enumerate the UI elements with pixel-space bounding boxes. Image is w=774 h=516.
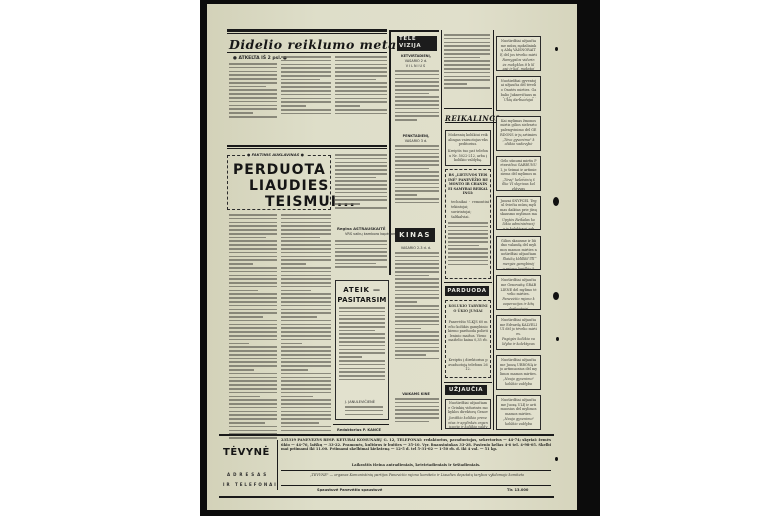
text-line <box>229 248 277 250</box>
footer-top-rule <box>219 434 554 436</box>
text-line <box>229 82 277 84</box>
condolence-box: Nuoširdžiai užjaučiame Edvardą KALVELIUI… <box>496 315 541 350</box>
condolence-text: Juozai SNYPCEI. Tegul šviečia mūsų mylim… <box>500 199 537 218</box>
text-line <box>395 282 439 284</box>
text-line <box>229 237 266 239</box>
ateik-title-line-1: ATEIK — <box>335 286 389 294</box>
text-line <box>281 430 331 432</box>
reikalingi-rule <box>444 108 492 109</box>
text-line <box>229 384 277 386</box>
text-line <box>281 275 331 277</box>
feature-label: ● FAKTINIS AUKLAVINAS ● <box>245 152 306 157</box>
condolence-signature: Ūkių darbuotojai <box>502 98 535 110</box>
text-line <box>448 260 488 262</box>
announcement-name: Regina ASTRAUSKAITĖ <box>337 226 385 231</box>
ateik-body <box>339 307 385 397</box>
text-line <box>335 67 387 69</box>
text-line <box>281 293 331 295</box>
text-line <box>395 104 439 106</box>
text-line <box>395 156 439 158</box>
text-line <box>281 64 331 66</box>
text-line <box>229 426 277 428</box>
condolence-text: Nuoširdžiai užjaučiame Juozą ULĘ ir arti… <box>500 398 537 417</box>
footer-circulation: Tir. 13.000 <box>507 488 528 492</box>
misc-listings <box>444 34 490 104</box>
text-line <box>281 343 302 345</box>
condolence-signature: Pagėgės kolūkio valdyba ir kolektyvas <box>502 337 535 349</box>
section-rule <box>227 145 387 147</box>
text-line <box>281 369 308 371</box>
text-line <box>281 240 331 242</box>
text-line <box>281 98 331 100</box>
text-line <box>281 75 331 77</box>
kinas-listings-2 <box>395 398 439 430</box>
text-line <box>395 421 429 423</box>
text-line <box>335 199 387 201</box>
text-line <box>395 187 439 189</box>
text-line <box>229 290 258 292</box>
text-line <box>229 116 277 118</box>
text-line <box>229 335 277 337</box>
text-line <box>229 286 277 288</box>
condolence-text: Nuoširdžiai užjaučiame mūsų mokslininkę … <box>500 39 537 58</box>
text-line <box>229 361 277 363</box>
text-line <box>281 229 331 231</box>
text-line <box>335 263 376 265</box>
uzjaucia-text: Nuoširdžiai užjaučiame Grinkių vidurinės… <box>448 401 488 415</box>
tv-logo-bottom: VIZIJA <box>399 43 437 50</box>
condolence-box: Gėlo sūnumi mirtis Petravičiui GARBUNUI,… <box>496 156 541 191</box>
text-line <box>395 294 439 296</box>
text-line <box>281 101 331 103</box>
text-line <box>281 86 331 88</box>
text-line <box>229 93 277 95</box>
text-line <box>339 349 385 351</box>
text-line <box>395 168 429 170</box>
text-line <box>339 356 362 358</box>
text-line <box>229 407 277 409</box>
text-line <box>335 180 387 182</box>
condolence-box: Kai mylimas žmonos mirtis gilios sielvar… <box>496 116 541 151</box>
text-line <box>345 410 383 412</box>
footer-address-label: ADRESAS <box>227 472 269 477</box>
text-line <box>335 255 387 257</box>
text-line <box>229 369 254 371</box>
editor-rule <box>333 424 389 425</box>
condolence-signature: „Tėvų" keleivinių šilko VI skyriaus kole… <box>502 178 535 190</box>
text-line <box>229 282 277 284</box>
text-line <box>229 89 277 91</box>
text-line <box>444 45 490 47</box>
text-line <box>395 183 439 185</box>
footer-phones-label: IR TELEFONAI <box>223 482 278 487</box>
text-line <box>395 202 439 204</box>
text-line <box>281 225 331 227</box>
text-line <box>444 49 490 51</box>
tv-logo: TELE VIZIJA <box>397 36 437 51</box>
text-line <box>229 399 277 401</box>
text-line <box>281 418 331 420</box>
text-line <box>229 256 277 258</box>
text-line <box>281 380 331 382</box>
text-line <box>395 290 439 292</box>
text-line <box>395 96 439 98</box>
condolence-signature: Šiaulių kolūkio Ukmergės gamybinėje rajo… <box>502 257 535 269</box>
text-line <box>335 248 387 250</box>
text-line <box>229 358 277 360</box>
text-line <box>281 350 331 352</box>
reikalingi-box-2-title: RS „LIETUVOS TEISINĖ" PANEVĖŽIO REMONTO … <box>448 173 488 197</box>
ateik-signature: J. JANULEVIČIENĖ <box>345 400 375 404</box>
text-line <box>281 335 331 337</box>
text-line <box>229 218 277 220</box>
binder-hole <box>553 197 559 206</box>
condolence-column-rule <box>493 30 494 430</box>
footer-masthead: TĖVYNĖ <box>223 447 270 458</box>
text-line <box>335 251 387 253</box>
text-line <box>281 358 331 360</box>
text-line <box>281 373 331 375</box>
text-line <box>335 60 387 62</box>
text-line <box>281 244 331 246</box>
text-line <box>281 422 319 424</box>
text-line <box>395 115 439 117</box>
text-line <box>395 358 439 360</box>
text-line <box>229 343 249 345</box>
text-line <box>281 399 331 401</box>
tv-day-1: KETVIRTADIENĮ, <box>393 54 439 58</box>
text-line <box>444 87 490 89</box>
text-line <box>395 263 439 265</box>
text-line <box>281 411 331 413</box>
text-line <box>281 403 331 405</box>
text-line <box>281 301 331 303</box>
text-line <box>281 256 331 258</box>
text-line <box>395 70 439 72</box>
text-line <box>395 108 439 110</box>
text-line <box>229 305 277 307</box>
text-line <box>444 60 490 62</box>
text-line <box>339 352 385 354</box>
condolence-signature: Panevėžio rajono kooperacijos ir kitų da… <box>502 297 535 309</box>
text-line <box>229 324 277 326</box>
condolence-text: Gilios skausme ir liūdno valandą dėl myl… <box>500 239 537 258</box>
text-line <box>229 437 277 439</box>
newspaper-page: Didelio reiklumo metai ● ATKELTA IŠ 2 ps… <box>207 4 577 510</box>
condolence-box: Nuoširdžiai užjaučiame Juozą URBONĄ ir j… <box>496 355 541 390</box>
tv-program-day-2 <box>395 145 439 219</box>
text-line <box>335 82 387 84</box>
reikalingi-box-2-body <box>448 222 488 276</box>
text-line <box>335 113 387 115</box>
text-line <box>281 282 331 284</box>
text-line <box>335 79 376 81</box>
tv-day-1-date: VASARIO 2 d. <box>393 59 439 63</box>
text-line <box>281 305 331 307</box>
text-line <box>395 417 439 419</box>
footer-mid-rule <box>281 470 551 471</box>
text-line <box>395 149 439 151</box>
text-line <box>229 301 277 303</box>
footer-bottom-rule <box>281 485 551 486</box>
text-line <box>335 184 387 186</box>
text-line <box>395 78 439 80</box>
uzjaucia-rule <box>444 382 492 383</box>
text-line <box>339 311 385 313</box>
reikalingi-title: REIKALINGI <box>445 114 500 123</box>
condolence-text: Gėlo sūnumi mirtis Petravičiui GARBUNUI,… <box>500 159 537 178</box>
text-line <box>281 320 331 322</box>
text-line <box>448 252 488 254</box>
uzjaucia-title: UŽJAUČIA <box>445 385 487 395</box>
reikalingi-item-4: šaltkalviai. <box>451 215 489 220</box>
text-line <box>229 86 266 88</box>
text-line <box>444 83 467 85</box>
text-line <box>229 63 277 65</box>
text-line <box>281 377 331 379</box>
text-line <box>281 71 331 73</box>
text-line <box>229 229 277 231</box>
binder-hole <box>553 292 559 300</box>
text-line <box>229 354 277 356</box>
text-line <box>335 196 387 198</box>
text-line <box>395 320 439 322</box>
text-line <box>229 267 277 269</box>
text-line <box>444 34 490 36</box>
condolence-text: Nuoširdžiai gyventojai užjaučia dėl tėve… <box>500 79 537 98</box>
text-line <box>229 240 277 242</box>
text-line <box>395 175 439 177</box>
text-line <box>229 320 277 322</box>
top-rule-thin <box>227 33 387 34</box>
text-line <box>395 309 439 311</box>
text-line <box>229 67 277 69</box>
article-column-3 <box>335 154 387 224</box>
text-line <box>448 226 488 228</box>
text-line <box>395 328 421 330</box>
text-line <box>281 388 331 390</box>
text-line <box>395 409 439 411</box>
text-line <box>229 380 277 382</box>
text-line <box>229 244 277 246</box>
feature-title-line-1: PERDUOTA <box>233 162 326 178</box>
text-line <box>281 113 331 115</box>
feature-title-line-2: LIAUDIES <box>249 178 329 194</box>
binder-hole-small <box>556 337 559 341</box>
text-line <box>395 85 439 87</box>
text-line <box>229 365 277 367</box>
text-line <box>335 154 387 156</box>
text-line <box>229 430 277 432</box>
text-line <box>281 278 331 280</box>
text-line <box>229 259 277 261</box>
text-line <box>339 364 385 366</box>
text-line <box>281 67 331 69</box>
text-line <box>229 108 277 110</box>
text-line <box>281 233 331 235</box>
text-line <box>281 237 320 239</box>
condolence-signature: „Naujo gyvenimo" kolūkio valdyba <box>502 377 535 389</box>
text-line <box>281 309 331 311</box>
footer-address: 235319 PANEVĖŽYS RESP. KETURAI KOMUNARŲ … <box>281 438 551 462</box>
text-line <box>395 413 439 415</box>
condolence-text: Nuoširdžiai užjaučiame Juozą URBONĄ ir j… <box>500 358 537 377</box>
text-line <box>395 164 439 166</box>
text-line <box>229 214 277 216</box>
condolence-signature: Upytės Reikalas kolūkio administracija i… <box>502 218 535 230</box>
lead-column-2 <box>281 56 331 131</box>
text-line <box>448 245 479 247</box>
text-line <box>339 375 385 377</box>
section-rule-thin <box>227 148 387 149</box>
text-line <box>339 341 385 343</box>
text-line <box>229 297 277 299</box>
text-line <box>281 361 331 363</box>
text-line <box>229 418 277 420</box>
text-line <box>281 56 331 58</box>
text-line <box>395 305 439 307</box>
text-line <box>229 233 277 235</box>
text-line <box>335 169 387 171</box>
text-line <box>229 312 277 314</box>
text-line <box>335 203 360 205</box>
text-line <box>281 105 306 107</box>
lead-headline: Didelio reiklumo metai <box>229 37 402 52</box>
text-line <box>335 109 387 111</box>
text-line <box>229 392 277 394</box>
text-line <box>339 368 385 370</box>
text-line <box>335 56 387 58</box>
text-line <box>448 233 488 235</box>
text-line <box>335 165 387 167</box>
text-line <box>395 119 417 121</box>
text-line <box>395 347 439 349</box>
text-line <box>444 76 490 78</box>
text-line <box>229 350 277 352</box>
text-line <box>335 173 387 175</box>
text-line <box>448 256 488 258</box>
text-line <box>395 194 417 196</box>
text-line <box>395 324 439 326</box>
lead-kicker: ● ATKELTA IŠ 2 psl. ● <box>233 56 287 61</box>
uzjaucia-signature: Joniškio kolūkio preventas ir apylinkės … <box>448 416 488 428</box>
text-line <box>335 240 387 242</box>
text-line <box>281 414 331 416</box>
text-line <box>395 190 439 192</box>
condolence-box: Nuoširdžiai užjaučiame mūsų mokslininkę … <box>496 36 541 71</box>
condolence-box: Gilios skausme ir liūdno valandą dėl myl… <box>496 236 541 271</box>
parduoda-contact: Kreiptis į direktorius pavaduotoją telef… <box>448 358 488 374</box>
ateik-title-line-2: PASITARSIM <box>335 296 389 304</box>
text-line <box>335 192 387 194</box>
footer-printer: Spaustuvė Panevėžio spaustuvė <box>317 488 382 492</box>
text-line <box>335 105 360 107</box>
text-line <box>335 266 387 268</box>
text-line <box>281 286 331 288</box>
text-line <box>395 297 439 299</box>
text-line <box>281 384 331 386</box>
condolence-signature: „Naujo gyvenimo" kolūkio valdyba <box>502 417 535 429</box>
kinas-logo: KINAS <box>395 228 435 242</box>
text-line <box>281 354 331 356</box>
text-line <box>229 309 277 311</box>
text-line <box>444 38 490 40</box>
text-line <box>281 290 311 292</box>
text-line <box>229 293 277 295</box>
text-line <box>448 241 488 243</box>
condolence-box: Nuoširdžiai užjaučiame Genovaitę GRABLIE… <box>496 275 541 310</box>
text-line <box>444 72 490 74</box>
text-line <box>281 214 331 216</box>
text-line <box>281 271 331 273</box>
text-line <box>395 398 439 400</box>
text-line <box>229 278 277 280</box>
condolence-box: Nuoširdžiai užjaučiame Juozą ULĘ ir arti… <box>496 395 541 430</box>
tv-day-2-date: VASARIO 3 d. <box>393 139 439 143</box>
text-line <box>229 74 277 76</box>
text-line <box>281 346 331 348</box>
text-line <box>395 301 417 303</box>
text-line <box>281 407 331 409</box>
announcement-text: VRS vaikų kamboro kopėdami <box>345 232 397 236</box>
reikalingi-box-1-contact: Kreiptis tuo pat telefonu Nr. 5022-212, … <box>448 149 488 163</box>
announcement-body <box>335 240 387 276</box>
text-line <box>229 316 263 318</box>
text-line <box>339 307 385 309</box>
text-line <box>339 379 385 381</box>
text-line <box>395 81 439 83</box>
text-line <box>335 101 387 103</box>
condolence-box: Nuoširdžiai gyventojai užjaučia dėl tėve… <box>496 76 541 111</box>
text-line <box>448 222 488 224</box>
text-line <box>229 422 265 424</box>
tv-day-2: PENKTADIENĮ, <box>393 134 439 138</box>
text-line <box>339 315 385 317</box>
text-line <box>395 406 439 408</box>
text-line <box>395 286 439 288</box>
text-line <box>339 360 385 362</box>
kinas-date: VASARIO 2-3 d. d. <box>393 246 439 250</box>
column-rule <box>389 30 391 275</box>
lead-column-1 <box>229 63 277 131</box>
text-line <box>229 101 277 103</box>
parduoda-box-text: Panevėžio VLKJS 60 mečio kolūkis gamybin… <box>448 320 488 354</box>
footer-divider <box>277 440 278 490</box>
text-line <box>335 188 387 190</box>
text-line <box>281 365 331 367</box>
text-line <box>395 402 439 404</box>
condolence-signature: „Tėvo gyvenimo" kolūkio vadovybė <box>502 138 535 150</box>
text-line <box>395 198 439 200</box>
text-line <box>281 222 331 224</box>
text-line <box>335 64 387 66</box>
text-line <box>448 264 488 266</box>
text-line <box>281 312 331 314</box>
text-line <box>281 248 331 250</box>
text-line <box>395 271 439 273</box>
text-line <box>395 275 429 277</box>
kinas-section-2: VAIKAMS KINE <box>393 392 439 396</box>
text-line <box>444 42 490 44</box>
condolence-text: Nuoširdžiai užjaučiame Genovaitę GRABLIE… <box>500 278 537 297</box>
condolence-signature: Ramygalos vidurinės mokyklos 8 b klasė i… <box>502 58 535 70</box>
text-line <box>281 324 331 326</box>
text-line <box>335 158 387 160</box>
tv-top-rule <box>391 30 439 32</box>
text-line <box>229 373 277 375</box>
text-line <box>395 260 439 262</box>
condolence-text: Nuoširdžiai užjaučiame Edvardą KALVELIUI… <box>500 318 537 337</box>
